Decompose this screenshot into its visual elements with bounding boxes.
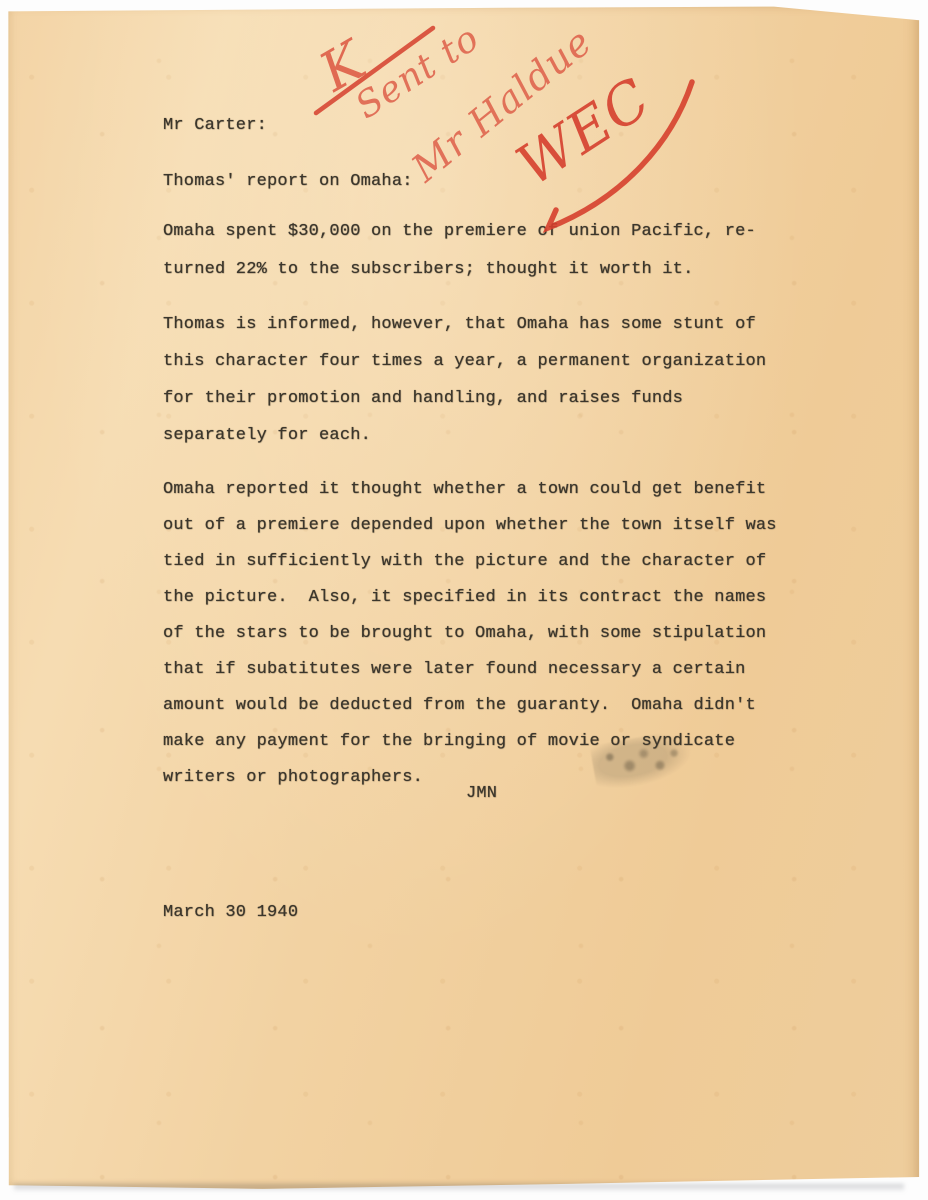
handwritten-annotations: K Sent to Mr Haldue WEC [0,0,928,1200]
scanned-memo-page: Mr Carter: Thomas' report on Omaha: Omah… [0,0,928,1200]
